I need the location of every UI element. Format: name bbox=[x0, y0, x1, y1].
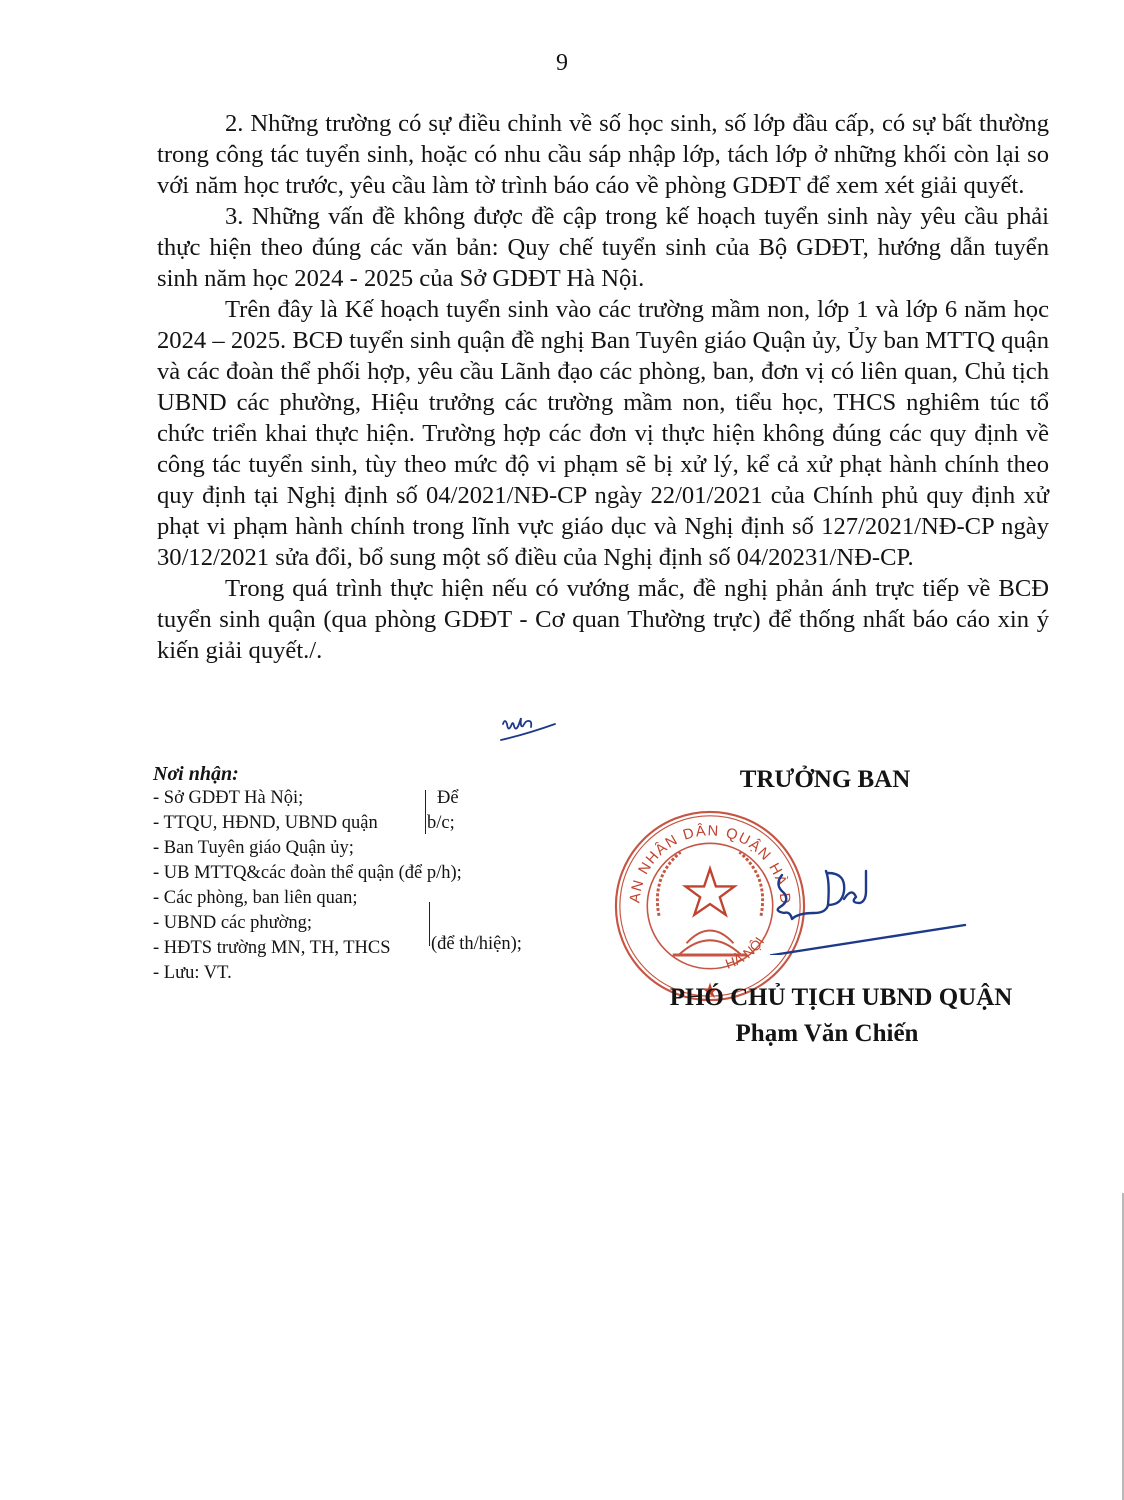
recipient-item: - TTQU, HĐND, UBND quận bbox=[153, 811, 573, 836]
recipients-title: Nơi nhận: bbox=[153, 762, 573, 786]
bracket-note-group-2: (để th/hiện); bbox=[431, 932, 522, 957]
bracket-group-1 bbox=[425, 790, 426, 834]
paragraph-3: 3. Những vấn đề không được đề cập trong … bbox=[157, 201, 1049, 294]
signature-block: TRƯỞNG BAN PHÓ CHỦ TỊCH UBND QUẬN Phạm V… bbox=[600, 762, 1050, 1062]
bracket-note-group-1-line2: b/c; bbox=[427, 811, 455, 836]
document-body: 2. Những trường có sự điều chỉnh về số h… bbox=[157, 108, 1049, 666]
recipient-item: - Các phòng, ban liên quan; bbox=[153, 886, 573, 911]
paragraph-2: 2. Những trường có sự điều chỉnh về số h… bbox=[157, 108, 1049, 201]
recipient-item: - Sở GDĐT Hà Nội; bbox=[153, 786, 573, 811]
signer-title: TRƯỞNG BAN bbox=[600, 766, 1050, 794]
recipients-list: Nơi nhận: - Sở GDĐT Hà Nội; - TTQU, HĐND… bbox=[153, 762, 573, 986]
initial-mark-icon bbox=[497, 710, 557, 746]
paragraph-closing: Trên đây là Kế hoạch tuyển sinh vào các … bbox=[157, 294, 1049, 573]
signer-role: PHÓ CHỦ TỊCH UBND QUẬN bbox=[656, 984, 1026, 1012]
recipient-item: - UB MTTQ&các đoàn thể quận (để p/h); bbox=[153, 861, 573, 886]
recipient-item: - Lưu: VT. bbox=[153, 961, 573, 986]
bracket-group-2 bbox=[429, 902, 430, 946]
bracket-note-group-1-line1: Để bbox=[437, 786, 459, 811]
paragraph-contact: Trong quá trình thực hiện nếu có vướng m… bbox=[157, 573, 1049, 666]
page-number: 9 bbox=[0, 50, 1124, 77]
recipient-item: - Ban Tuyên giáo Quận ủy; bbox=[153, 836, 573, 861]
signer-name: Phạm Văn Chiến bbox=[656, 1020, 998, 1048]
